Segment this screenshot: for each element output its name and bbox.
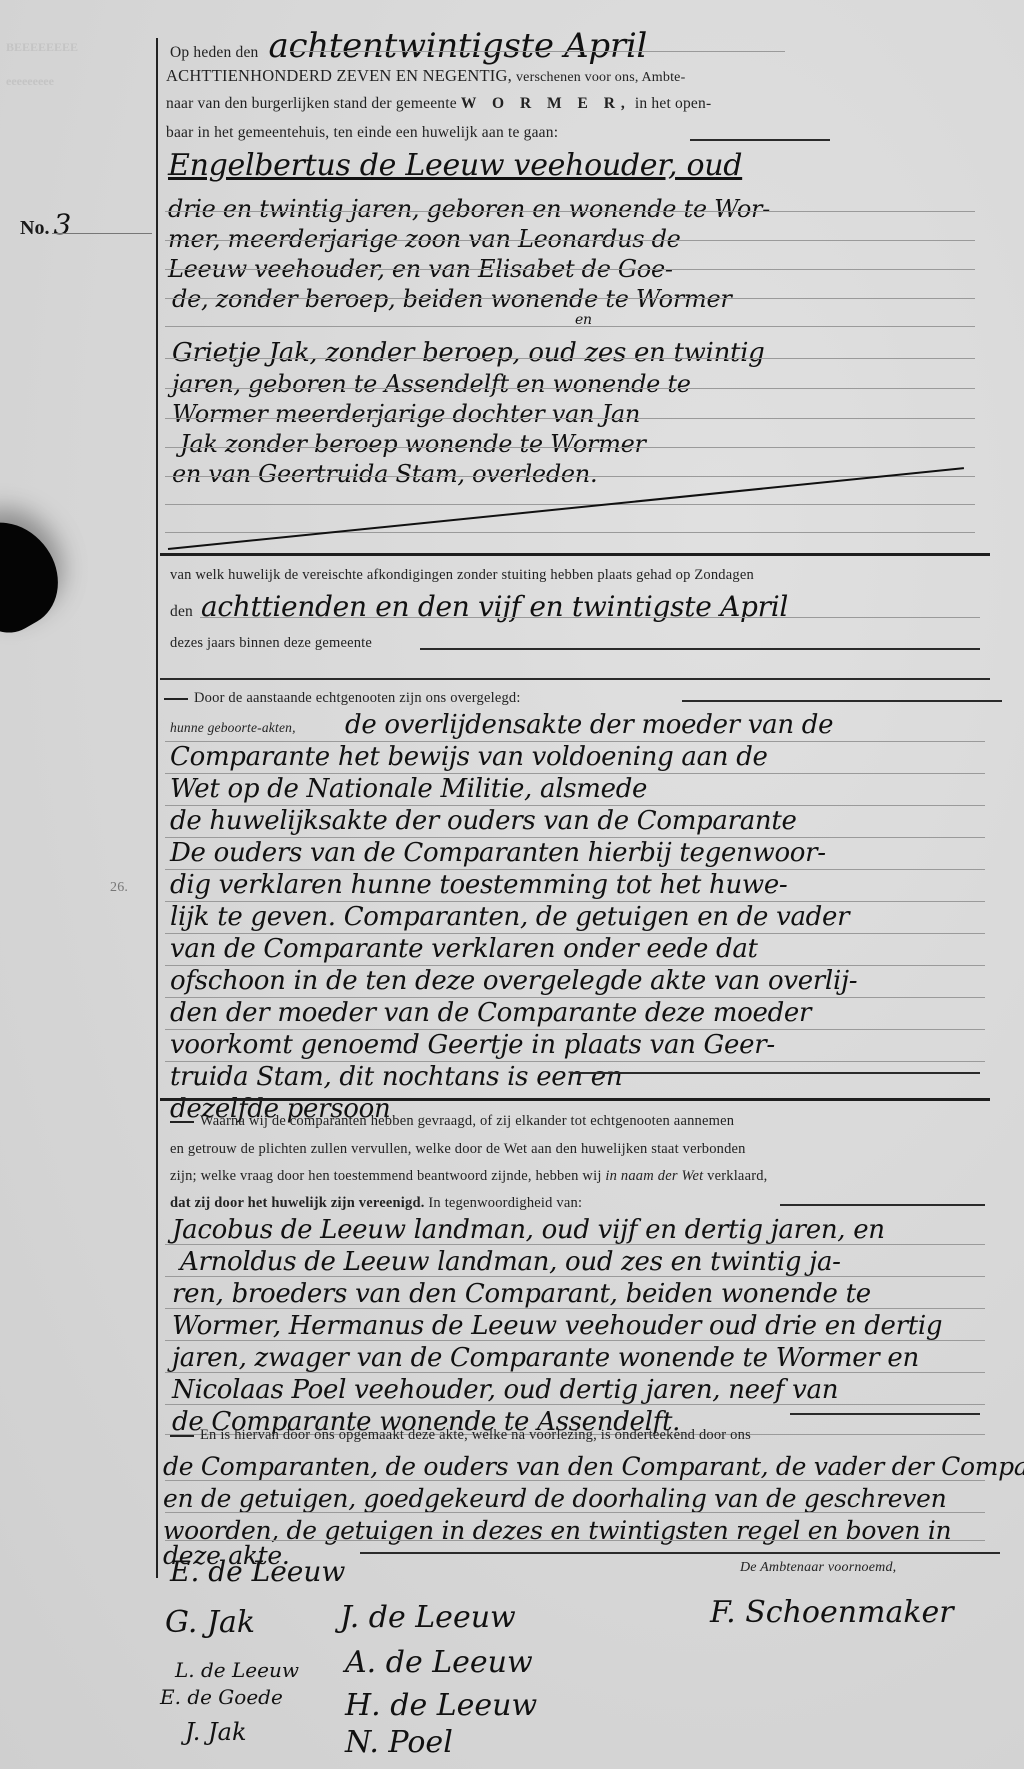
signature-party: L. de Leeuw: [175, 1658, 299, 1682]
banns-line-2: den achttienden en den vijf en twintigst…: [170, 590, 788, 623]
ruled-line: [165, 388, 975, 389]
documents-line: van de Comparante verklaren onder eede d…: [170, 934, 758, 964]
ruled-line: [165, 1340, 985, 1341]
witness-line: ren, broeders van den Comparant, beiden …: [172, 1279, 871, 1309]
documents-line: den der moeder van de Comparante deze mo…: [170, 998, 811, 1028]
bride-line: en van Geertruida Stam, overleden.: [172, 460, 597, 488]
ceremony-line-3: zijn; welke vraag door hen toestemmend b…: [170, 1168, 768, 1185]
documents-line: de overlijdensakte der moeder van de: [345, 710, 833, 740]
municipality-name: W O R M E R,: [461, 95, 631, 112]
ruled-line: [165, 326, 975, 327]
closing-hand-line: en de getuigen, goedgekeurd de doorhalin…: [163, 1484, 946, 1513]
ceremony-line-1: Waarna wij de comparanten hebben gevraag…: [170, 1113, 734, 1130]
signature-witness: J. de Leeuw: [340, 1600, 516, 1635]
bride-line: Jak zonder beroep wonende te Wormer: [180, 430, 646, 458]
lead-dash: [164, 698, 188, 700]
ruled-line: [165, 447, 975, 448]
header-line-1: Op heden den achtentwintigste April: [170, 26, 647, 66]
ceremony-line-2: en getrouw de plichten zullen vervullen,…: [170, 1141, 746, 1158]
fill-rule: [790, 1413, 980, 1415]
ruled-line: [165, 476, 975, 477]
signature-witness: H. de Leeuw: [345, 1688, 537, 1723]
documents-line: Wet op de Nationale Militie, alsmede: [170, 774, 647, 804]
ceremony-line-4: dat zij door het huwelijk zijn vereenigd…: [170, 1195, 582, 1212]
margin-rule: [156, 38, 158, 1578]
documents-line: ofschoon in de ten deze overgelegde akte…: [170, 966, 857, 996]
section-divider: [160, 678, 990, 680]
documents-line: truida Stam, dit nochtans is een en: [170, 1062, 622, 1092]
fill-rule: [420, 648, 980, 650]
ruled-line: [165, 965, 985, 966]
record-number: No. 3: [20, 208, 71, 241]
official-label: De Ambtenaar voornoemd,: [740, 1560, 896, 1576]
section-divider: [160, 1098, 990, 1101]
fill-rule: [570, 1072, 980, 1074]
witness-line: Nicolaas Poel veehouder, oud dertig jare…: [172, 1375, 838, 1405]
margin-note: 26.: [110, 880, 128, 896]
ruled-line: [165, 1372, 985, 1373]
fill-rule: [780, 1204, 985, 1206]
ruled-line: [165, 901, 985, 902]
documents-line: de huwelijksakte der ouders van de Compa…: [170, 806, 797, 836]
signature-party: J. Jak: [185, 1718, 247, 1746]
documents-line: lijk te geven. Comparanten, de getuigen …: [170, 902, 849, 932]
header-line-4: baar in het gemeentehuis, ten einde een …: [166, 124, 558, 142]
fill-rule: [290, 51, 785, 52]
signature-party: E. de Goede: [160, 1685, 283, 1709]
ruled-line: [165, 933, 985, 934]
documents-line: Comparante het bewijs van voldoening aan…: [170, 742, 768, 772]
ruled-line: [165, 1540, 985, 1541]
groom-line: de, zonder beroep, beiden wonende te Wor…: [172, 285, 732, 313]
banns-line-3: dezes jaars binnen deze gemeente: [170, 635, 372, 652]
ruled-line: [165, 1029, 985, 1030]
witness-line: Wormer, Hermanus de Leeuw veehouder oud …: [172, 1311, 942, 1341]
ruled-line: [165, 298, 975, 299]
documents-line: voorkomt genoemd Geertje in plaats van G…: [170, 1030, 775, 1060]
ruled-line: [165, 1244, 985, 1245]
ruled-line: [165, 358, 975, 359]
groom-line: mer, meerderjarige zoon van Leonardus de: [168, 225, 681, 253]
signature-witness: N. Poel: [345, 1725, 453, 1760]
ink-blot: [0, 504, 76, 647]
ruled-line: [165, 837, 985, 838]
bride-line: Wormer meerderjarige dochter van Jan: [172, 400, 640, 428]
ruled-line: [165, 997, 985, 998]
ruled-line: [165, 269, 975, 270]
fill-rule: [200, 617, 980, 618]
groom-line: drie en twintig jaren, geboren en wonend…: [168, 195, 770, 223]
bride-line: Grietje Jak, zonder beroep, oud zes en t…: [172, 338, 765, 368]
bride-line: jaren, geboren te Assendelft en wonende …: [172, 370, 691, 398]
signature-witness: A. de Leeuw: [345, 1645, 533, 1680]
interlinear-and: en: [575, 312, 592, 328]
ruled-line: [165, 418, 975, 419]
documents-line: dig verklaren hunne toestemming tot het …: [170, 870, 787, 900]
documents-line: De ouders van de Comparanten hierbij teg…: [170, 838, 826, 868]
documents-label: hunne geboorte-akten,: [170, 720, 296, 736]
header-line-3: naar van den burgerlijken stand der geme…: [166, 95, 711, 113]
signature-party: G. Jak: [165, 1605, 255, 1640]
closing-line: En is hiervan door ons opgemaakt deze ak…: [170, 1427, 751, 1444]
ruled-line: [165, 1512, 985, 1513]
ruled-line: [165, 773, 985, 774]
bleed-through-text: eeeeeeeee: [6, 74, 54, 89]
signature-official: F. Schoenmaker: [710, 1595, 954, 1630]
ruled-line: [165, 1308, 985, 1309]
lead-dash: [170, 1121, 194, 1123]
witness-line: Arnoldus de Leeuw landman, oud zes en tw…: [180, 1247, 841, 1277]
fill-rule: [360, 1552, 1000, 1554]
fill-rule: [690, 139, 830, 141]
groom-line: Engelbertus de Leeuw veehouder, oud: [168, 148, 742, 183]
documents-intro: Door de aanstaande echtgenooten zijn ons…: [164, 690, 521, 707]
signature-party: E. de Leeuw: [170, 1555, 345, 1588]
bleed-through-text: BEEEEEEEE: [6, 40, 78, 55]
fill-rule: [682, 700, 1002, 702]
ruled-line: [165, 532, 975, 533]
ruled-line: [165, 211, 975, 212]
ruled-line: [165, 1480, 985, 1481]
ruled-line: [165, 741, 985, 742]
ruled-line: [165, 1276, 985, 1277]
ruled-line: [165, 1061, 985, 1062]
ruled-line: [165, 504, 975, 505]
closing-hand-line: de Comparanten, de ouders van den Compar…: [163, 1452, 1024, 1481]
ruled-line: [165, 240, 975, 241]
section-divider: [160, 553, 990, 556]
ruled-line: [165, 805, 985, 806]
record-number-rule: [52, 233, 152, 234]
banns-line-1: van welk huwelijk de vereischte afkondig…: [170, 567, 754, 584]
ruled-line: [165, 869, 985, 870]
witness-line: jaren, zwager van de Comparante wonende …: [172, 1343, 919, 1373]
ruled-line: [165, 1404, 985, 1405]
witness-line: Jacobus de Leeuw landman, oud vijf en de…: [172, 1215, 885, 1245]
header-line-2: ACHTTIENHONDERD ZEVEN EN NEGENTIG, versc…: [166, 66, 685, 86]
lead-dash: [170, 1435, 194, 1437]
